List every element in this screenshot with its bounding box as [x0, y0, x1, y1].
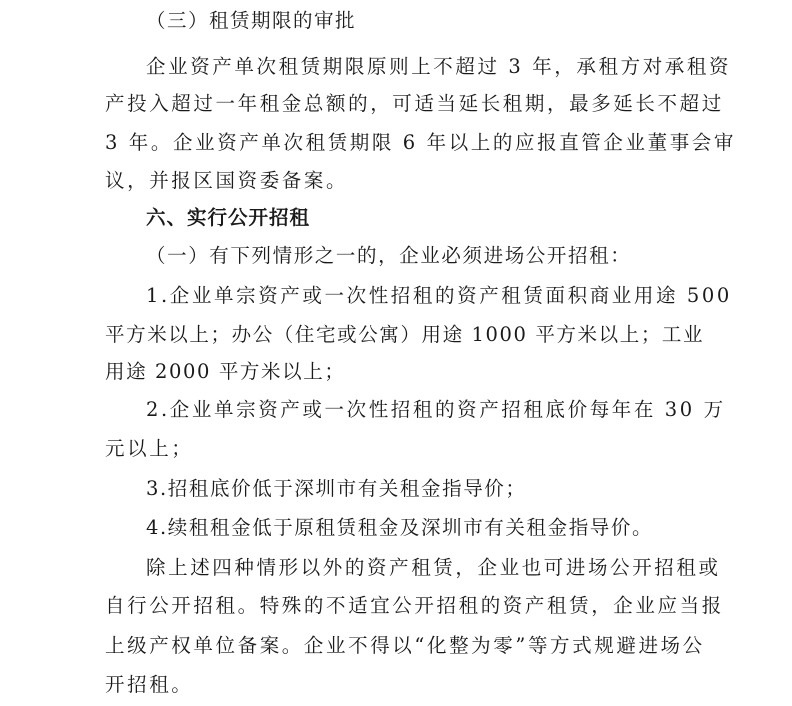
list-item-1-line: 1.企业单宗资产或一次性招租的资产租赁面积商业用途 500: [146, 283, 736, 309]
list-item-1-line: 用途 2000 平方米以上；: [105, 359, 695, 385]
document-page: （三）租赁期限的审批 企业资产单次租赁期限原则上不超过 3 年，承租方对承租资 …: [0, 0, 792, 706]
section-heading-public-leasing: 六、实行公开招租: [146, 205, 736, 231]
paragraph-line: 企业资产单次租赁期限原则上不超过 3 年，承租方对承租资: [146, 54, 736, 80]
paragraph-line: 产投入超过一年租金总额的，可适当延长租期，最多延长不超过: [105, 91, 695, 117]
list-item-2-line: 2.企业单宗资产或一次性招租的资产招租底价每年在 30 万: [146, 397, 736, 423]
paragraph-line: 议，并报区国资委备案。: [105, 168, 695, 194]
subheading-lease-term-approval: （三）租赁期限的审批: [146, 8, 736, 34]
subheading-mandatory-conditions: （一）有下列情形之一的，企业必须进场公开招租：: [146, 243, 736, 269]
list-item-1-line: 平方米以上；办公（住宅或公寓）用途 1000 平方米以上；工业: [105, 322, 695, 348]
paragraph-line: 开招租。: [105, 672, 695, 698]
paragraph-line: 上级产权单位备案。企业不得以“化整为零”等方式规避进场公: [105, 633, 695, 659]
list-item-2-line: 元以上；: [105, 436, 695, 462]
list-item-3: 3.招租底价低于深圳市有关租金指导价；: [146, 476, 736, 502]
paragraph-line: 3 年。企业资产单次租赁期限 6 年以上的应报直管企业董事会审: [105, 130, 695, 156]
paragraph-line: 除上述四种情形以外的资产租赁，企业也可进场公开招租或: [146, 555, 736, 581]
paragraph-line: 自行公开招租。特殊的不适宜公开招租的资产租赁，企业应当报: [105, 593, 695, 619]
list-item-4: 4.续租租金低于原租赁租金及深圳市有关租金指导价。: [146, 515, 736, 541]
